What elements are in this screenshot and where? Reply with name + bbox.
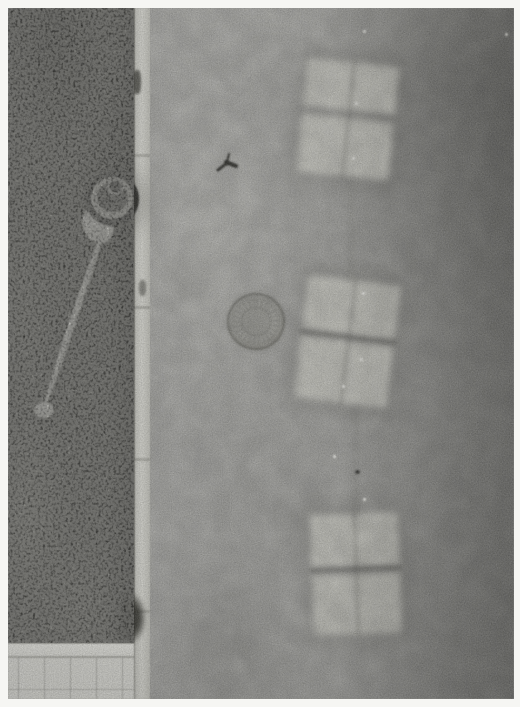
flying-bird [214,150,244,180]
curb-mark [133,70,141,94]
white-speck [363,30,366,33]
lamp-base [34,402,54,418]
white-speck [505,33,508,36]
white-speck [363,498,366,501]
reflection-connector-line [349,178,353,284]
grass-edge-tuft [120,593,146,643]
window-reflection-group [294,275,401,408]
curb-mark [139,280,146,296]
walkway-band [8,643,134,658]
scene-layer [8,8,514,699]
reflection-connector-line [354,408,358,516]
white-speck [352,157,355,160]
white-speck [360,358,363,361]
tile-walkway [8,658,134,699]
white-speck [362,292,365,295]
window-reflection-group [296,58,399,181]
street-lamp [26,166,150,428]
manhole-cover [227,293,285,350]
window-reflection-group [310,513,402,636]
bird-silhouette [214,150,244,180]
white-speck [355,102,358,105]
white-speck [342,385,345,388]
lamp-pole [41,231,107,410]
white-speck [333,455,336,458]
lamp-cap [110,181,121,192]
dark-speck [355,470,360,474]
photo [8,8,514,699]
photo-frame [0,0,520,707]
